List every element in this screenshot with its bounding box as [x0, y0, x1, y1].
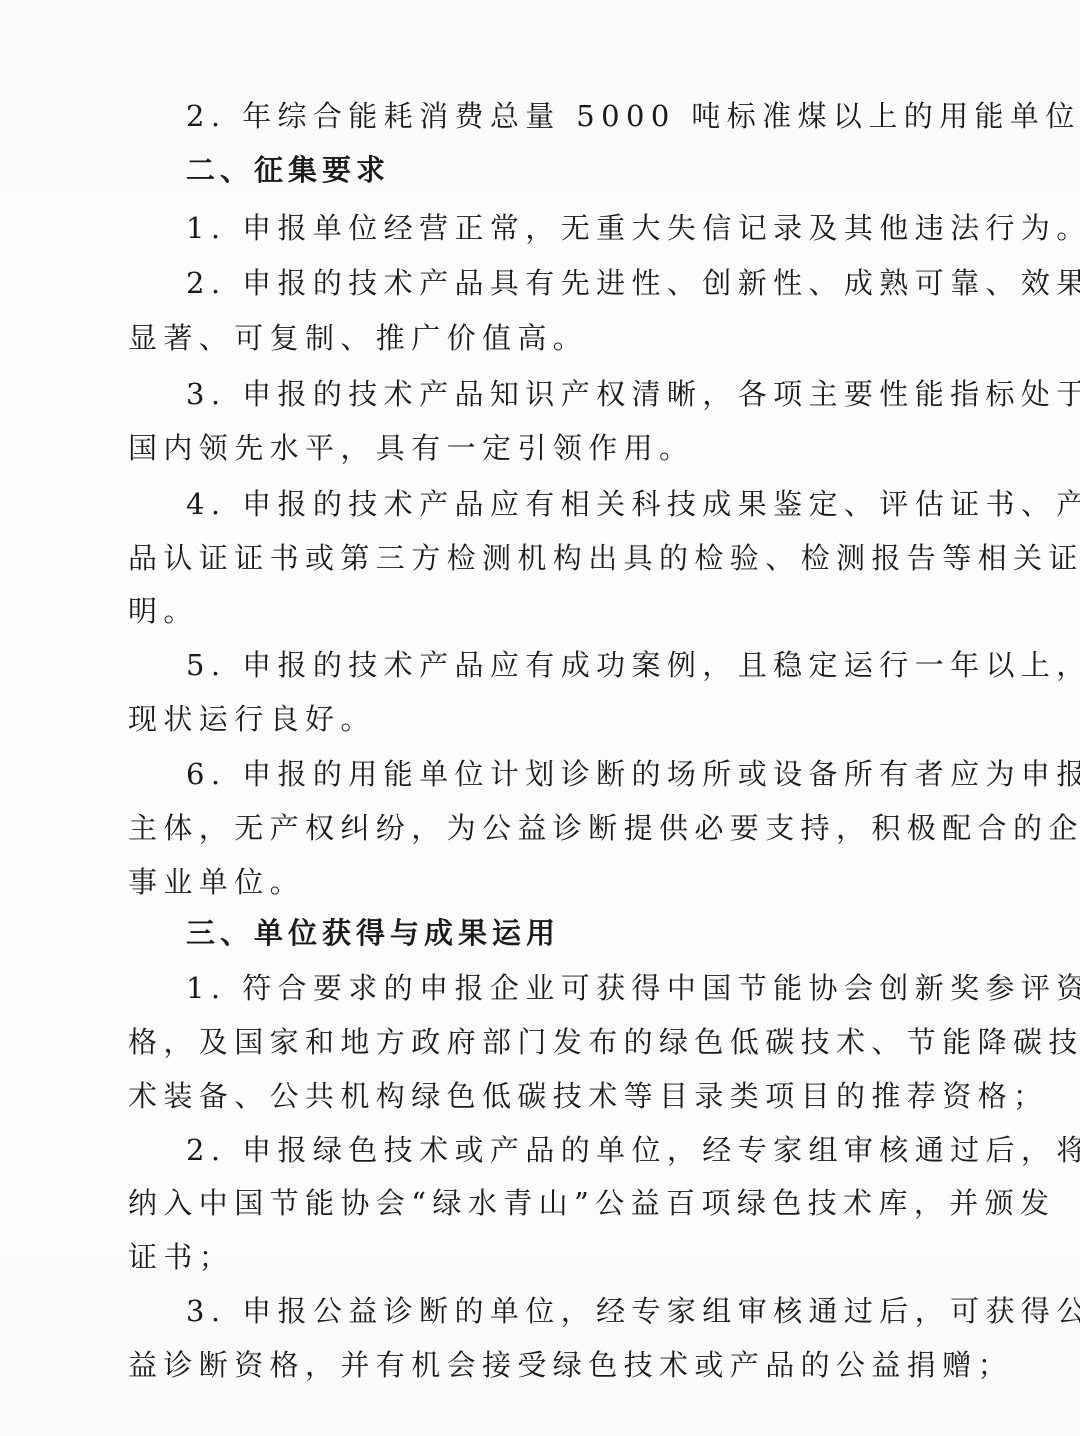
requirement-4-line-1: 4. 申报的技术产品应有相关科技成果鉴定、评估证书、产 [186, 484, 1080, 524]
requirement-6-line-3: 事业单位。 [128, 862, 305, 902]
requirement-2-line-2: 显著、可复制、推广价值高。 [128, 318, 588, 358]
requirement-5-line-2: 现状运行良好。 [128, 699, 376, 739]
benefit-1-line-1: 1. 符合要求的申报企业可获得中国节能协会创新奖参评资 [186, 968, 1080, 1008]
requirement-1: 1. 申报单位经营正常，无重大失信记录及其他违法行为。 [186, 208, 1080, 248]
requirement-2-line-1: 2. 申报的技术产品具有先进性、创新性、成熟可靠、效果 [186, 263, 1080, 303]
benefit-3-line-2: 益诊断资格，并有机会接受绿色技术或产品的公益捐赠； [128, 1345, 1013, 1385]
benefit-1-line-2: 格，及国家和地方政府部门发布的绿色低碳技术、节能降碳技 [128, 1022, 1080, 1062]
requirement-4-line-3: 明。 [128, 591, 199, 631]
benefit-2-line-3: 证书； [128, 1237, 234, 1277]
requirement-3-line-1: 3. 申报的技术产品知识产权清晰，各项主要性能指标处于 [186, 374, 1080, 414]
requirement-3-line-2: 国内领先水平，具有一定引领作用。 [128, 428, 694, 468]
benefit-2-line-2: 纳入中国节能协会“绿水青山”公益百项绿色技术库，并颁发 [128, 1183, 1055, 1223]
benefit-3-line-1: 3. 申报公益诊断的单位，经专家组审核通过后，可获得公 [186, 1291, 1080, 1331]
document-page: 2. 年综合能耗消费总量 5000 吨标准煤以上的用能单位。 二、征集要求 1.… [0, 0, 1080, 1436]
requirement-6-line-1: 6. 申报的用能单位计划诊断的场所或设备所有者应为申报 [186, 754, 1080, 794]
requirement-4-line-2: 品认证证书或第三方检测机构出具的检验、检测报告等相关证 [128, 538, 1080, 578]
section-heading-requirements: 二、征集要求 [186, 150, 390, 190]
list-item-energy-units-5000t: 2. 年综合能耗消费总量 5000 吨标准煤以上的用能单位。 [186, 96, 1080, 136]
benefit-1-line-3: 术装备、公共机构绿色低碳技术等目录类项目的推荐资格； [128, 1076, 1048, 1116]
section-heading-benefits: 三、单位获得与成果运用 [186, 913, 560, 953]
requirement-5-line-1: 5. 申报的技术产品应有成功案例，且稳定运行一年以上， [186, 645, 1080, 685]
benefit-2-line-1: 2. 申报绿色技术或产品的单位，经专家组审核通过后，将 [186, 1130, 1080, 1170]
requirement-6-line-2: 主体，无产权纠纷，为公益诊断提供必要支持，积极配合的企 [128, 808, 1080, 848]
